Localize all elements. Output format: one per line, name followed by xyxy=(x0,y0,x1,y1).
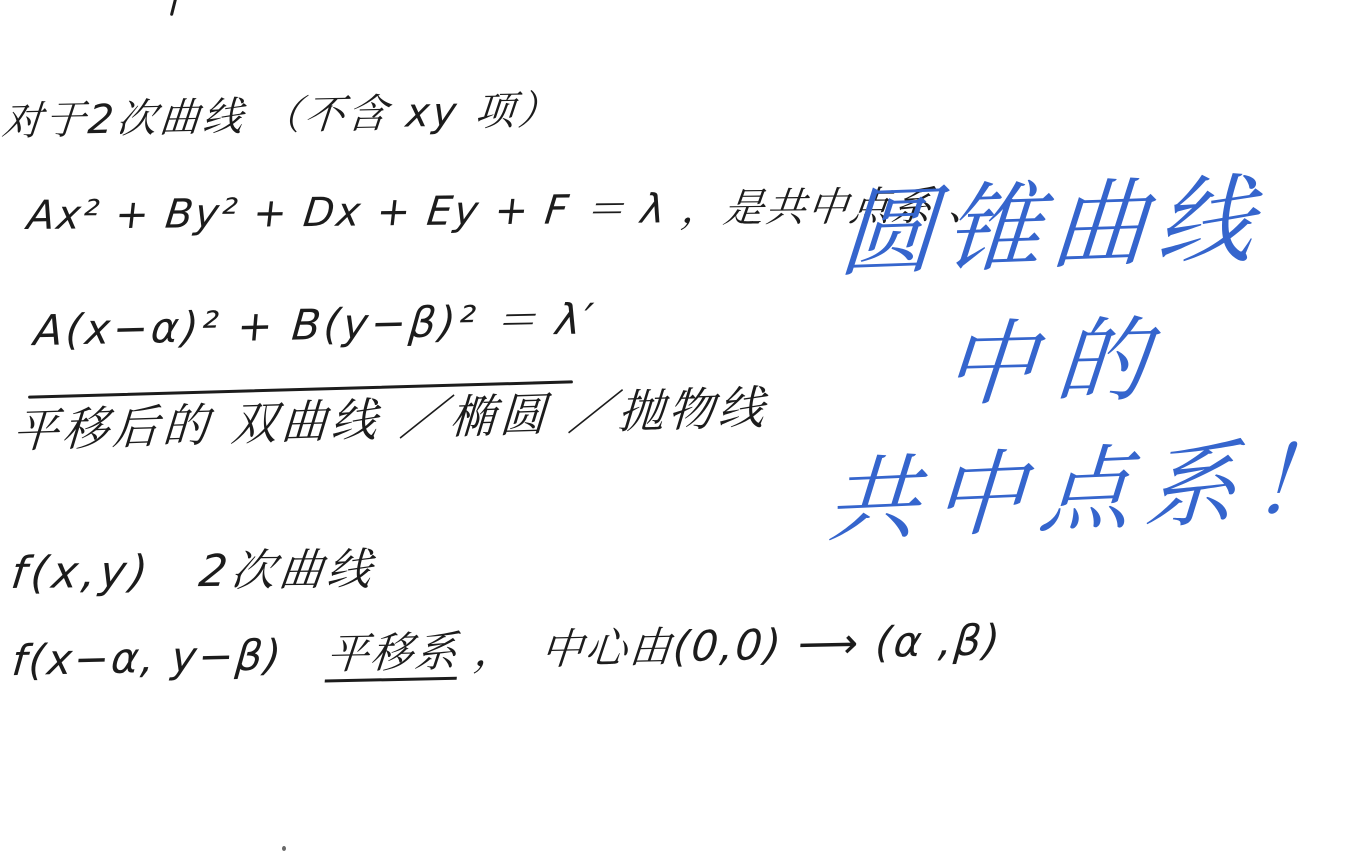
note-line-topic: 对于2次曲线 （不含 xy 项） xyxy=(0,88,563,144)
handwritten-notes-page: 对于2次曲线 （不含 xy 项） Ax² + By² + Dx + Ey + F… xyxy=(0,0,1364,853)
annotation-in-the: 中的 xyxy=(940,286,1174,424)
fx-shifted-expression: f(x−α, y−β) xyxy=(10,629,329,685)
annotation-conic-curves: 圆锥曲线 xyxy=(835,143,1268,295)
note-line-fxy: f(x,y) 2次曲线 xyxy=(9,546,378,598)
annotation-common-midpoint-family: 共中点系！ xyxy=(824,405,1362,561)
note-line-translation-family: f(x−α, y−β) 平移系 ， 中心由(0,0) ⟶ (α ,β) xyxy=(10,617,1004,689)
translation-family-term: 平移系 xyxy=(324,629,460,683)
stray-stroke-top xyxy=(170,0,177,16)
stray-dot-bottom xyxy=(282,846,286,851)
comma-mark: ， xyxy=(457,625,543,676)
center-shift-note: 中心由(0,0) ⟶ (α ,β) xyxy=(539,615,1003,674)
note-line-completed-square-equation: A(x−α)² + B(y−β)² ＝ λ′ xyxy=(32,296,598,354)
